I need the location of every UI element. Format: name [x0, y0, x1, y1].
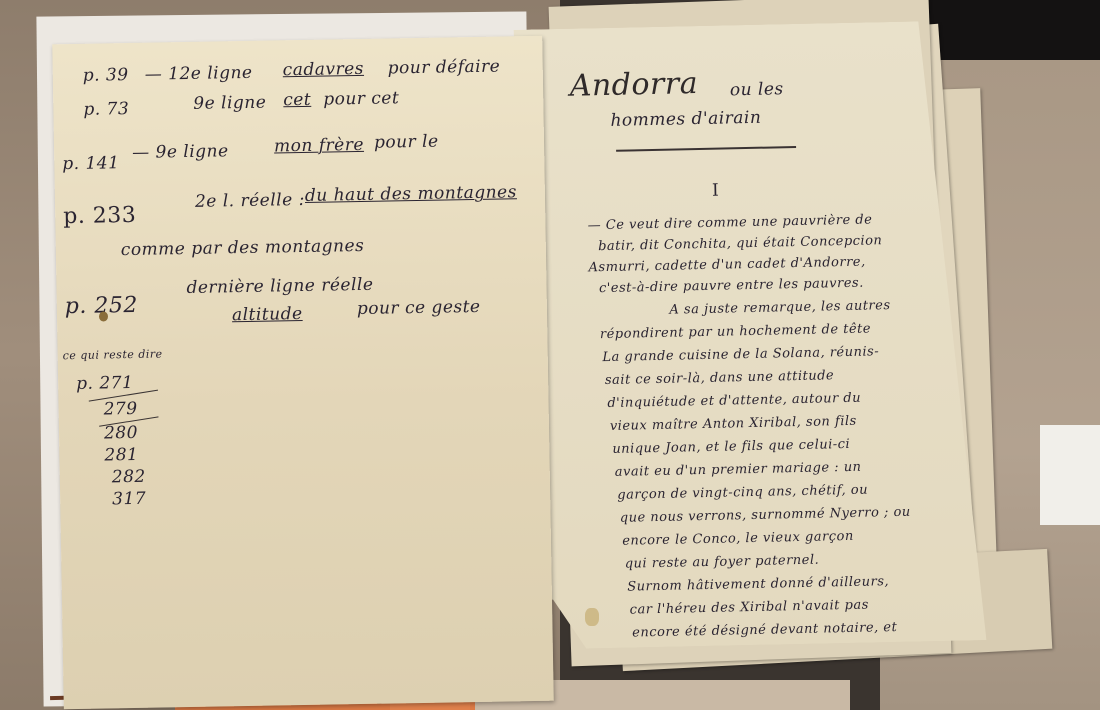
- note-text: — 12e ligne: [145, 63, 253, 85]
- manuscript-text-left: p. 39 — 12e ligne cadavres pour défaire …: [52, 36, 554, 709]
- note-text: dernière ligne réelle: [186, 275, 373, 298]
- note-word: mon frère: [274, 135, 364, 157]
- title-underline: [616, 146, 796, 152]
- body-line: car l'héreu des Xiribal n'avait pas: [630, 598, 869, 618]
- page-list-item: 282: [112, 467, 146, 488]
- note-rest: pour ce geste: [357, 297, 481, 319]
- body-line: répondirent par un hochement de tête: [600, 321, 871, 342]
- page-list-item: 317: [112, 489, 146, 510]
- body-line: batir, dit Conchita, qui était Concepcio…: [598, 233, 883, 254]
- page-list-item: 280: [104, 423, 138, 444]
- body-line: qui reste au foyer paternel.: [625, 553, 820, 572]
- ink-stain: [99, 311, 108, 321]
- note-rest: comme par des montagnes: [121, 229, 481, 265]
- page-list-item: 279: [103, 399, 137, 420]
- note-text: 9e ligne: [193, 93, 266, 114]
- note-rest: pour défaire: [388, 57, 501, 79]
- note-rest: pour cet: [323, 88, 399, 109]
- note-page: p. 39: [83, 65, 129, 86]
- note-word: cadavres: [283, 59, 365, 80]
- chapter-number: I: [712, 181, 720, 201]
- insect-specimen: [585, 608, 599, 626]
- body-line: A sa juste remarque, les autres: [669, 298, 890, 318]
- note-text: 2e l. réelle :: [195, 190, 305, 212]
- body-line: avait eu d'un premier mariage : un: [615, 460, 862, 480]
- note-page: p. 73: [83, 99, 129, 120]
- manuscript-title-conjunction: ou les: [730, 79, 784, 100]
- body-line: c'est-à-dire pauvre entre les pauvres.: [599, 276, 864, 297]
- note-page: p. 233: [63, 203, 136, 229]
- note-word: du haut des montagnes: [305, 182, 517, 206]
- body-line: encore été désigné devant notaire, et: [632, 620, 897, 641]
- page-list-item: 281: [104, 445, 138, 466]
- body-line: vieux maître Anton Xiribal, son fils: [610, 414, 857, 434]
- body-line: Asmurri, cadette d'un cadet d'Andorre,: [588, 255, 865, 276]
- note-page: p. 141: [62, 153, 119, 174]
- body-line: encore le Conco, le vieux garçon: [622, 529, 854, 549]
- body-line: d'inquiétude et d'attente, autour du: [607, 391, 861, 411]
- note-word: cet: [283, 90, 311, 110]
- margin-note: ce qui reste dire: [63, 347, 163, 362]
- note-text: — 9e ligne: [132, 141, 229, 163]
- white-card: [1040, 425, 1100, 525]
- body-line: que nous verrons, surnommé Nyerro ; ou: [620, 505, 911, 526]
- body-line: La grande cuisine de la Solana, réunis-: [602, 344, 879, 365]
- body-line: Surnom hâtivement donné d'ailleurs,: [627, 574, 889, 594]
- page-list-item: p. 271: [76, 373, 133, 394]
- body-line: garçon de vingt-cinq ans, chétif, ou: [617, 483, 868, 503]
- body-line: unique Joan, et le fils que celui-ci: [612, 437, 850, 457]
- manuscript-text-right: Andorra ou les hommes d'airain I — Ce ve…: [514, 20, 987, 649]
- note-word: altitude: [232, 304, 303, 325]
- note-rest: pour le: [374, 132, 439, 153]
- body-line: — Ce veut dire comme une pauvrière de: [588, 212, 873, 233]
- manuscript-subtitle: hommes d'airain: [610, 108, 761, 131]
- body-line: sait ce soir-là, dans une attitude: [605, 368, 835, 388]
- manuscript-title: Andorra: [569, 66, 698, 104]
